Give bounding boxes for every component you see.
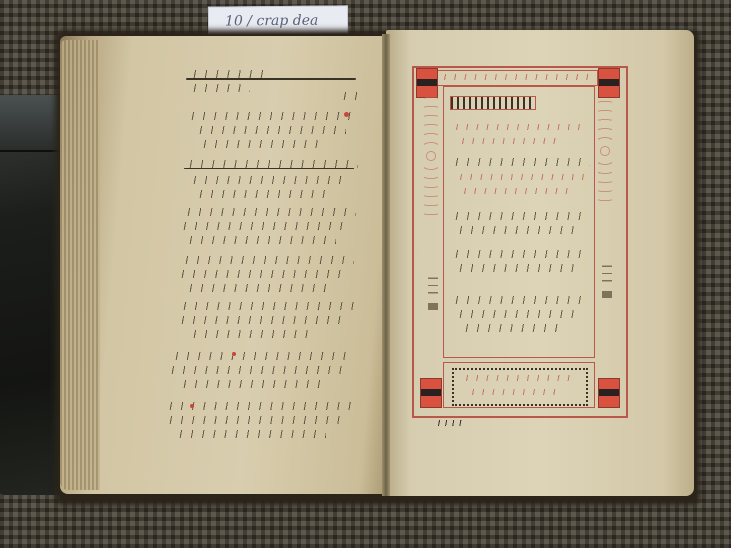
script-line	[190, 176, 350, 184]
script-line	[184, 208, 356, 216]
red-script-line	[458, 138, 558, 144]
tree-motif-right	[602, 262, 612, 298]
catchword	[436, 420, 464, 426]
script-line	[190, 330, 310, 338]
script-line	[456, 226, 576, 234]
script-line	[190, 70, 270, 78]
script-line	[452, 212, 588, 220]
corner-ornament	[598, 378, 620, 408]
script-line	[176, 430, 326, 438]
script-line	[452, 250, 588, 258]
rule-line	[186, 78, 356, 80]
script-line	[456, 310, 582, 318]
script-line	[462, 324, 562, 332]
script-line	[178, 270, 348, 278]
script-line	[168, 366, 348, 374]
corner-ornament	[420, 378, 442, 408]
corner-ornament	[416, 68, 438, 98]
script-line	[186, 236, 336, 244]
script-line	[452, 296, 588, 304]
script-line	[200, 140, 320, 148]
left-page	[60, 36, 388, 494]
script-line	[340, 92, 358, 100]
script-line	[180, 222, 350, 230]
rule-line	[184, 168, 354, 169]
book-gutter	[382, 34, 390, 496]
script-line	[188, 112, 358, 120]
rubric-mark	[232, 352, 236, 356]
headpiece-ornament	[450, 96, 536, 110]
script-line	[196, 190, 326, 198]
script-line	[452, 158, 590, 166]
script-line	[190, 84, 250, 92]
left-page-edges	[60, 40, 100, 490]
manuscript-photo: 10 / crap dea	[0, 0, 731, 548]
script-line	[172, 352, 354, 360]
script-line	[186, 160, 358, 168]
red-script-line	[452, 124, 582, 130]
script-line	[180, 302, 354, 310]
script-line	[196, 126, 346, 134]
corner-ornament	[598, 68, 620, 98]
script-line	[166, 416, 346, 424]
tree-motif-left	[428, 274, 438, 310]
rubric-mark	[190, 404, 194, 408]
script-line	[186, 284, 326, 292]
script-line	[180, 380, 320, 388]
header-rubric-text	[440, 74, 590, 80]
red-script-line	[456, 174, 586, 180]
dotted-cartouche-border	[452, 368, 588, 406]
red-script-line	[468, 389, 558, 395]
red-script-line	[460, 188, 570, 194]
script-line	[182, 256, 354, 264]
script-line	[178, 316, 348, 324]
script-line	[456, 264, 582, 272]
script-line	[166, 402, 354, 410]
floral-vine-left	[424, 96, 438, 216]
red-script-line	[462, 375, 574, 381]
floral-vine-right	[598, 96, 612, 206]
